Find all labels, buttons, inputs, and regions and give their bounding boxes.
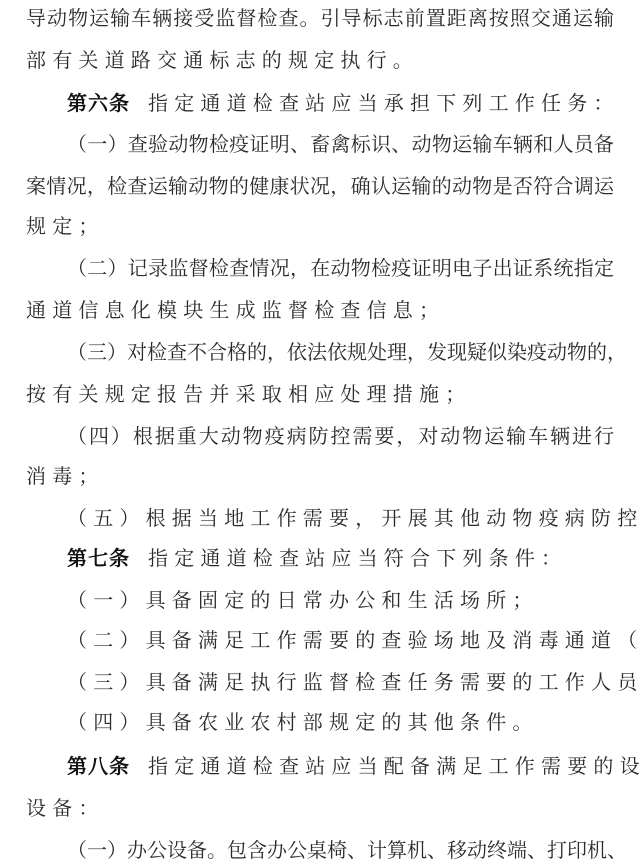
- text-line-8: 通道信息化模块生成监督检查信息；: [26, 295, 614, 325]
- text-line-17: （三）具备满足执行监督检查任务需要的工作人员；: [67, 667, 614, 697]
- text-line-6: 规定；: [26, 211, 614, 241]
- text-line-13: （五）根据当地工作需要，开展其他动物疫病防控工作。: [67, 503, 614, 533]
- text-line-15: （一）具备固定的日常办公和生活场所；: [67, 585, 614, 615]
- text-line-20: 设备：: [26, 793, 614, 823]
- text-line-12: 消毒；: [26, 461, 614, 491]
- text-line-9: （三）对检查不合格的，依法依规处理，发现疑似染疫动物的，: [67, 337, 614, 367]
- article-7-heading: 第七条指定通道检查站应当符合下列条件：: [67, 543, 614, 573]
- article-text: 指定通道检查站应当符合下列条件：: [148, 546, 567, 570]
- text-line-7: （二）记录监督检查情况，在动物检疫证明电子出证系统指定: [67, 253, 614, 283]
- article-6-heading: 第六条指定通道检查站应当承担下列工作任务：: [67, 88, 614, 118]
- document-page: 导动物运输车辆接受监督检查。引导标志前置距离按照交通运输 部有关道路交通标志的规…: [0, 0, 640, 868]
- text-line-18: （四）具备农业农村部规定的其他条件。: [67, 707, 614, 737]
- text-line-1: 导动物运输车辆接受监督检查。引导标志前置距离按照交通运输: [26, 3, 614, 33]
- article-number: 第七条: [67, 546, 130, 570]
- text-line-11: （四）根据重大动物疫病防控需要，对动物运输车辆进行: [67, 421, 614, 451]
- text-line-10: 按有关规定报告并采取相应处理措施；: [26, 379, 614, 409]
- article-text: 指定通道检查站应当配备满足工作需要的设施: [148, 754, 640, 778]
- text-line-21: （一）办公设备。包含办公桌椅、计算机、移动终端、打印机、: [67, 835, 614, 865]
- article-number: 第六条: [67, 91, 130, 115]
- text-line-16: （二）具备满足工作需要的查验场地及消毒通道（场地）；: [67, 625, 614, 655]
- text-line-4: （一）查验动物检疫证明、畜禽标识、动物运输车辆和人员备: [67, 129, 614, 159]
- article-8-heading: 第八条指定通道检查站应当配备满足工作需要的设施: [67, 751, 614, 781]
- text-line-2: 部有关道路交通标志的规定执行。: [26, 45, 614, 75]
- article-number: 第八条: [67, 754, 130, 778]
- text-line-5: 案情况，检查运输动物的健康状况，确认运输的动物是否符合调运: [26, 171, 614, 201]
- article-text: 指定通道检查站应当承担下列工作任务：: [148, 91, 620, 115]
